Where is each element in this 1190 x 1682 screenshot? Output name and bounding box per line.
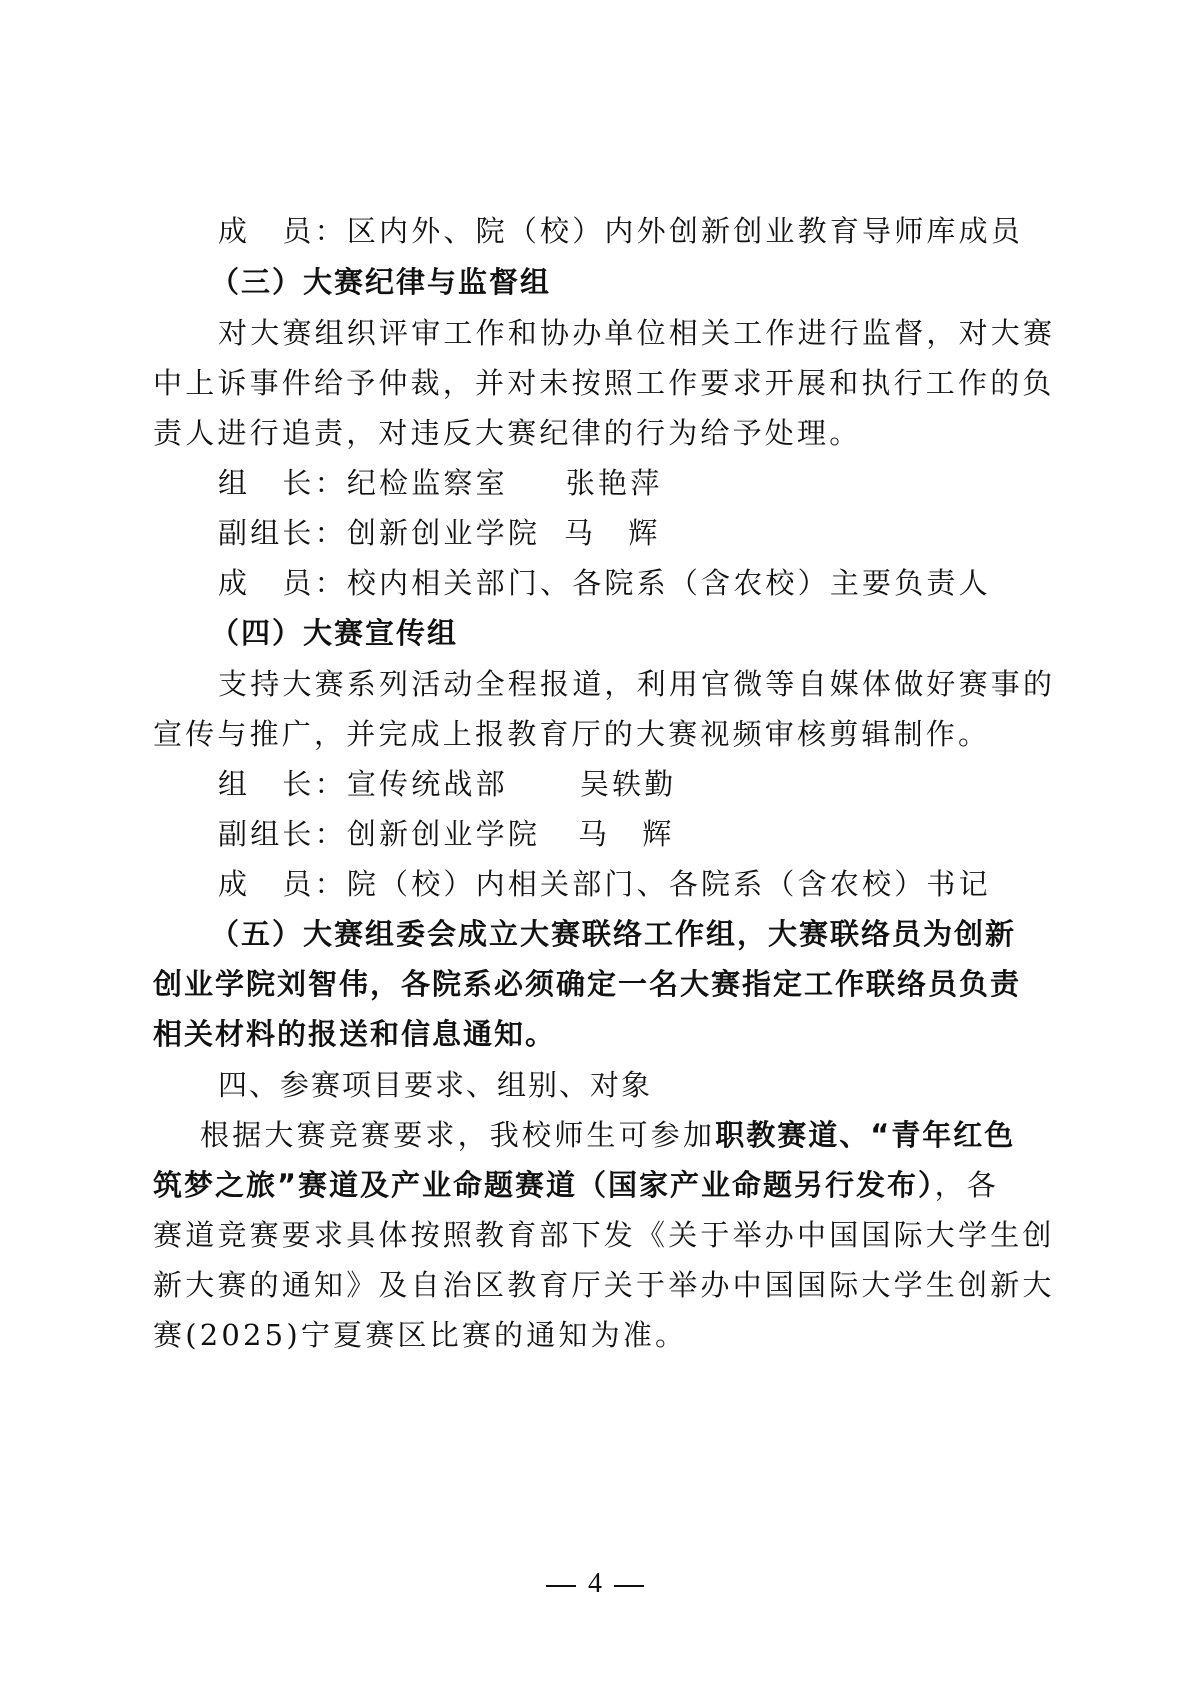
- section-5-line-2: 创业学院刘智伟，各院系必须确定一名大赛指定工作联络员负责: [153, 964, 1053, 1004]
- section-3-members: 成 员：校内相关部门、各院系（含农校）主要负责人: [218, 563, 1118, 603]
- section-3-desc-line-1: 对大赛组织评审工作和协办单位相关工作进行监督，对大赛: [218, 313, 1118, 353]
- para-plain-text: ，各: [935, 1168, 999, 1202]
- leader-label: 组 长：: [218, 767, 347, 801]
- section-4-heading: （四）大赛宣传组: [210, 613, 1110, 653]
- section-4-desc-line-2: 宣传与推广，并完成上报教育厅的大赛视频审核剪辑制作。: [153, 714, 1053, 754]
- members-value: 校内相关部门、各院系（含农校）主要负责人: [347, 566, 991, 600]
- deputy-name: 马 辉: [564, 516, 661, 550]
- leader-name: 吴轶勤: [580, 767, 677, 801]
- part-4-para-line-3: 赛道竞赛要求具体按照教育部下发《关于举办中国国际大学生创: [153, 1215, 1053, 1255]
- part-4-para-line-4: 新大赛的通知》及自治区教育厅关于举办中国国际大学生创新大: [153, 1265, 1053, 1305]
- part-4-para-line-5: 赛(2025)宁夏赛区比赛的通知为准。: [153, 1315, 1053, 1355]
- para-bold-text: 职教赛道、“青年红色: [715, 1118, 1015, 1152]
- part-4-para-line-1: 根据大赛竞赛要求，我校师生可参加职教赛道、“青年红色: [200, 1115, 1100, 1155]
- section-4-deputy: 副组长：创新创业学院马 辉: [218, 814, 1118, 854]
- page-number: 4: [588, 1568, 602, 1599]
- section-3-desc-line-2: 中上诉事件给予仲裁，并对未按照工作要求开展和执行工作的负: [153, 363, 1053, 403]
- deputy-dept: 创新创业学院: [347, 817, 540, 851]
- part-4-heading: 四、参赛项目要求、组别、对象: [218, 1065, 1118, 1105]
- deputy-label: 副组长：: [218, 516, 347, 550]
- leader-dept: 纪检监察室: [347, 466, 508, 500]
- deputy-dept: 创新创业学院: [347, 516, 540, 550]
- para-bold-text: 筑梦之旅”赛道及产业命题赛道（国家产业命题另行发布）: [153, 1168, 935, 1202]
- leader-label: 组 长：: [218, 466, 347, 500]
- members-value: 区内外、院（校）内外创新创业教育导师库成员: [347, 214, 1023, 248]
- section-4-desc-line-1: 支持大赛系列活动全程报道，利用官微等自媒体做好赛事的: [218, 664, 1118, 704]
- members-label: 成 员：: [218, 867, 347, 901]
- section-3-desc-line-3: 责人进行追责，对违反大赛纪律的行为给予处理。: [153, 413, 1053, 453]
- members-value: 院（校）内相关部门、各院系（含农校）书记: [347, 867, 991, 901]
- section-5-line-3: 相关材料的报送和信息通知。: [153, 1014, 1053, 1054]
- dash-left: [546, 1585, 576, 1587]
- members-label: 成 员：: [218, 566, 347, 600]
- section-2-members: 成 员：区内外、院（校）内外创新创业教育导师库成员: [218, 211, 1118, 251]
- leader-name: 张艳萍: [566, 466, 663, 500]
- deputy-label: 副组长：: [218, 817, 347, 851]
- members-label: 成 员：: [218, 214, 347, 248]
- section-4-members: 成 员：院（校）内相关部门、各院系（含农校）书记: [218, 864, 1118, 904]
- document-page: 成 员：区内外、院（校）内外创新创业教育导师库成员 （三）大赛纪律与监督组 对大…: [0, 0, 1190, 1682]
- page-footer: 4: [0, 1566, 1190, 1602]
- section-3-deputy: 副组长：创新创业学院马 辉: [218, 513, 1118, 553]
- dash-right: [614, 1585, 644, 1587]
- section-4-leader: 组 长：宣传统战部吴轶勤: [218, 764, 1118, 804]
- section-3-leader: 组 长：纪检监察室张艳萍: [218, 463, 1118, 503]
- para-plain-text: 根据大赛竞赛要求，我校师生可参加: [200, 1118, 715, 1152]
- deputy-name: 马 辉: [578, 817, 675, 851]
- section-3-heading: （三）大赛纪律与监督组: [210, 262, 1110, 302]
- leader-dept: 宣传统战部: [347, 767, 508, 801]
- part-4-para-line-2: 筑梦之旅”赛道及产业命题赛道（国家产业命题另行发布），各: [153, 1165, 1053, 1205]
- section-5-line-1: （五）大赛组委会成立大赛联络工作组，大赛联络员为创新: [210, 914, 1110, 954]
